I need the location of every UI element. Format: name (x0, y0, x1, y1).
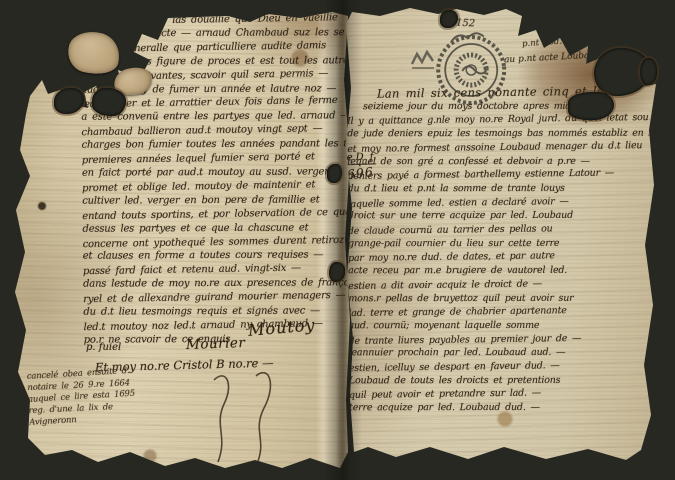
torn-fragment-line: p.nt lesd. f.eres p.ntes (522, 33, 618, 50)
paper-hole (92, 88, 126, 116)
stamp-fragment-icon (410, 46, 436, 72)
paper-hole (329, 262, 345, 282)
burn-hole (640, 58, 657, 85)
left-page: las doüallie que Dieu en vueillielacte —… (10, 6, 355, 474)
paper-scrap (64, 26, 125, 79)
manuscript-scan: las doüallie que Dieu en vueillielacte —… (0, 0, 675, 480)
paper-hole (327, 164, 342, 183)
signature-small: p. fuiel (86, 342, 121, 353)
burn-hole (568, 92, 614, 120)
bottom-margin-note: cancelé obea ensuite d.notaire le 26 9.r… (27, 365, 162, 429)
right-page-text: Lan mil six cens nonante cinq et leseizi… (347, 85, 651, 416)
signature-mourier: Mourier (186, 335, 246, 353)
manuscript-line: terre acquize par led. Loubaud dud. — (349, 401, 651, 415)
notary-paraph-flourish-icon (198, 372, 282, 472)
left-page-text: las doüallie que Dieu en vueillielacte —… (80, 12, 347, 348)
